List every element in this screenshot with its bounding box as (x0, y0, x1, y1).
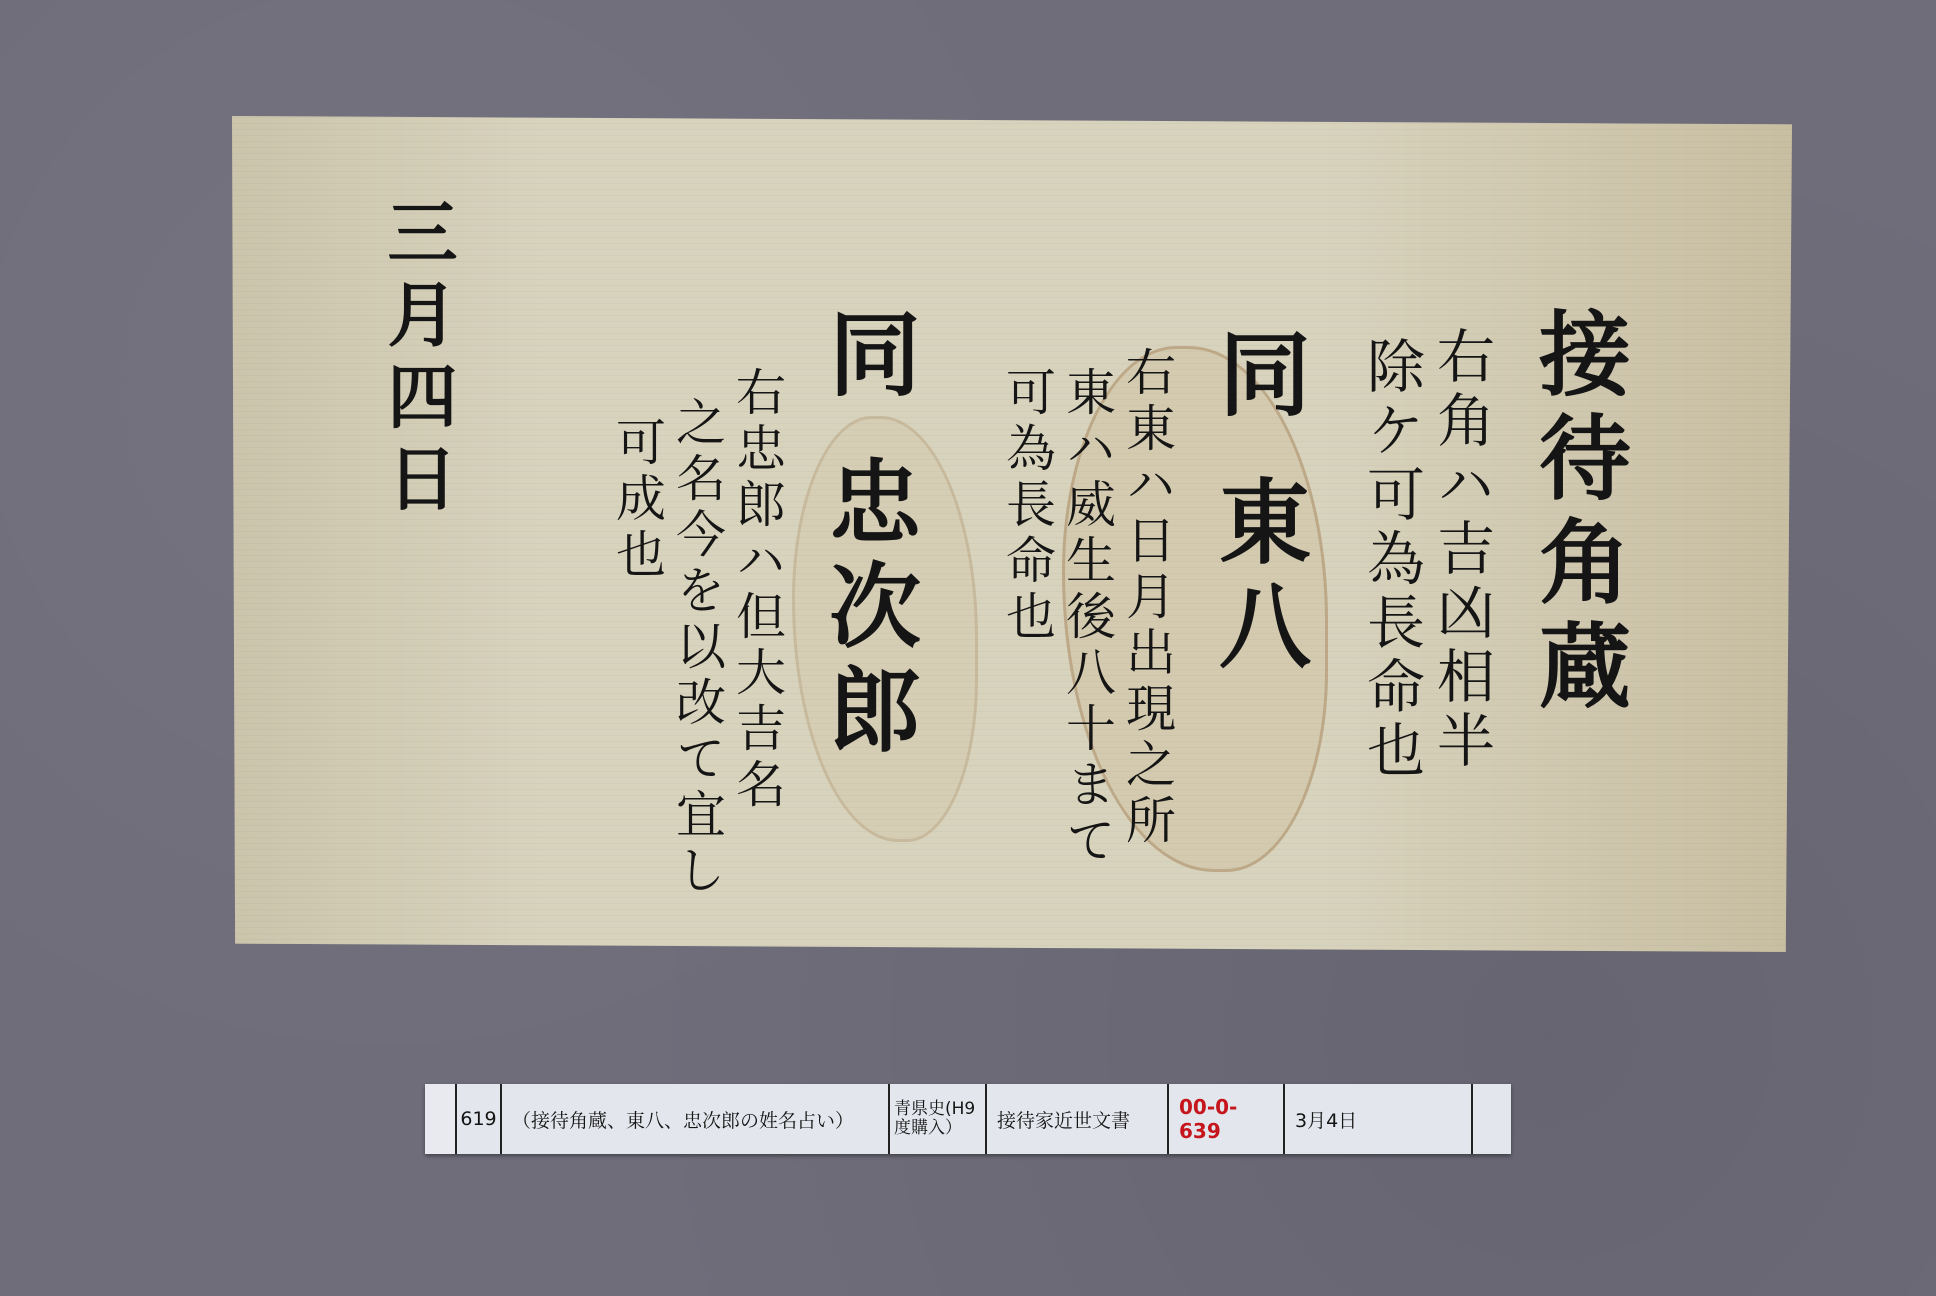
text-column: 東ハ威生後八十まて (1062, 366, 1112, 966)
label-number: 619 (455, 1084, 500, 1154)
label-date: 3月4日 (1283, 1084, 1471, 1154)
text-column: 右忠郎ハ但大吉名 (732, 366, 782, 916)
text-column: 之名今を以改て宜し (672, 396, 722, 956)
name-column-tohachi: 同 東八 (1212, 326, 1304, 926)
text-column: 可為長命也 (1002, 366, 1052, 816)
label-title: （接待角蔵、東八、忠次郎の姓名占い） (500, 1084, 888, 1154)
text-column: 右角ハ吉凶相半 (1432, 326, 1490, 926)
name-column-kakuzo: 接待角蔵 (1532, 306, 1624, 906)
text-column: 除ケ可為長命也 (1362, 336, 1420, 836)
label-tab (425, 1084, 455, 1154)
date-column: 三月四日 (382, 196, 452, 676)
text-column: 右東ハ日月出現之所 (1122, 346, 1172, 946)
label-source-line2: 度購入） (894, 1119, 975, 1138)
label-end-cell (1471, 1084, 1511, 1154)
label-source-line1: 青県史(H9 (894, 1100, 975, 1119)
catalog-label: 619 （接待角蔵、東八、忠次郎の姓名占い） 青県史(H9 度購入） 接待家近世… (425, 1084, 1511, 1154)
label-code: 00-0-639 (1167, 1084, 1283, 1154)
label-source: 青県史(H9 度購入） (888, 1084, 985, 1154)
historical-document: 接待角蔵 右角ハ吉凶相半 除ケ可為長命也 同 東八 右東ハ日月出現之所 東ハ威生… (232, 116, 1792, 952)
name-column-chujiro: 同 忠次郎 (822, 306, 914, 906)
label-collection: 接待家近世文書 (985, 1084, 1167, 1154)
text-column: 可成也 (612, 416, 662, 666)
